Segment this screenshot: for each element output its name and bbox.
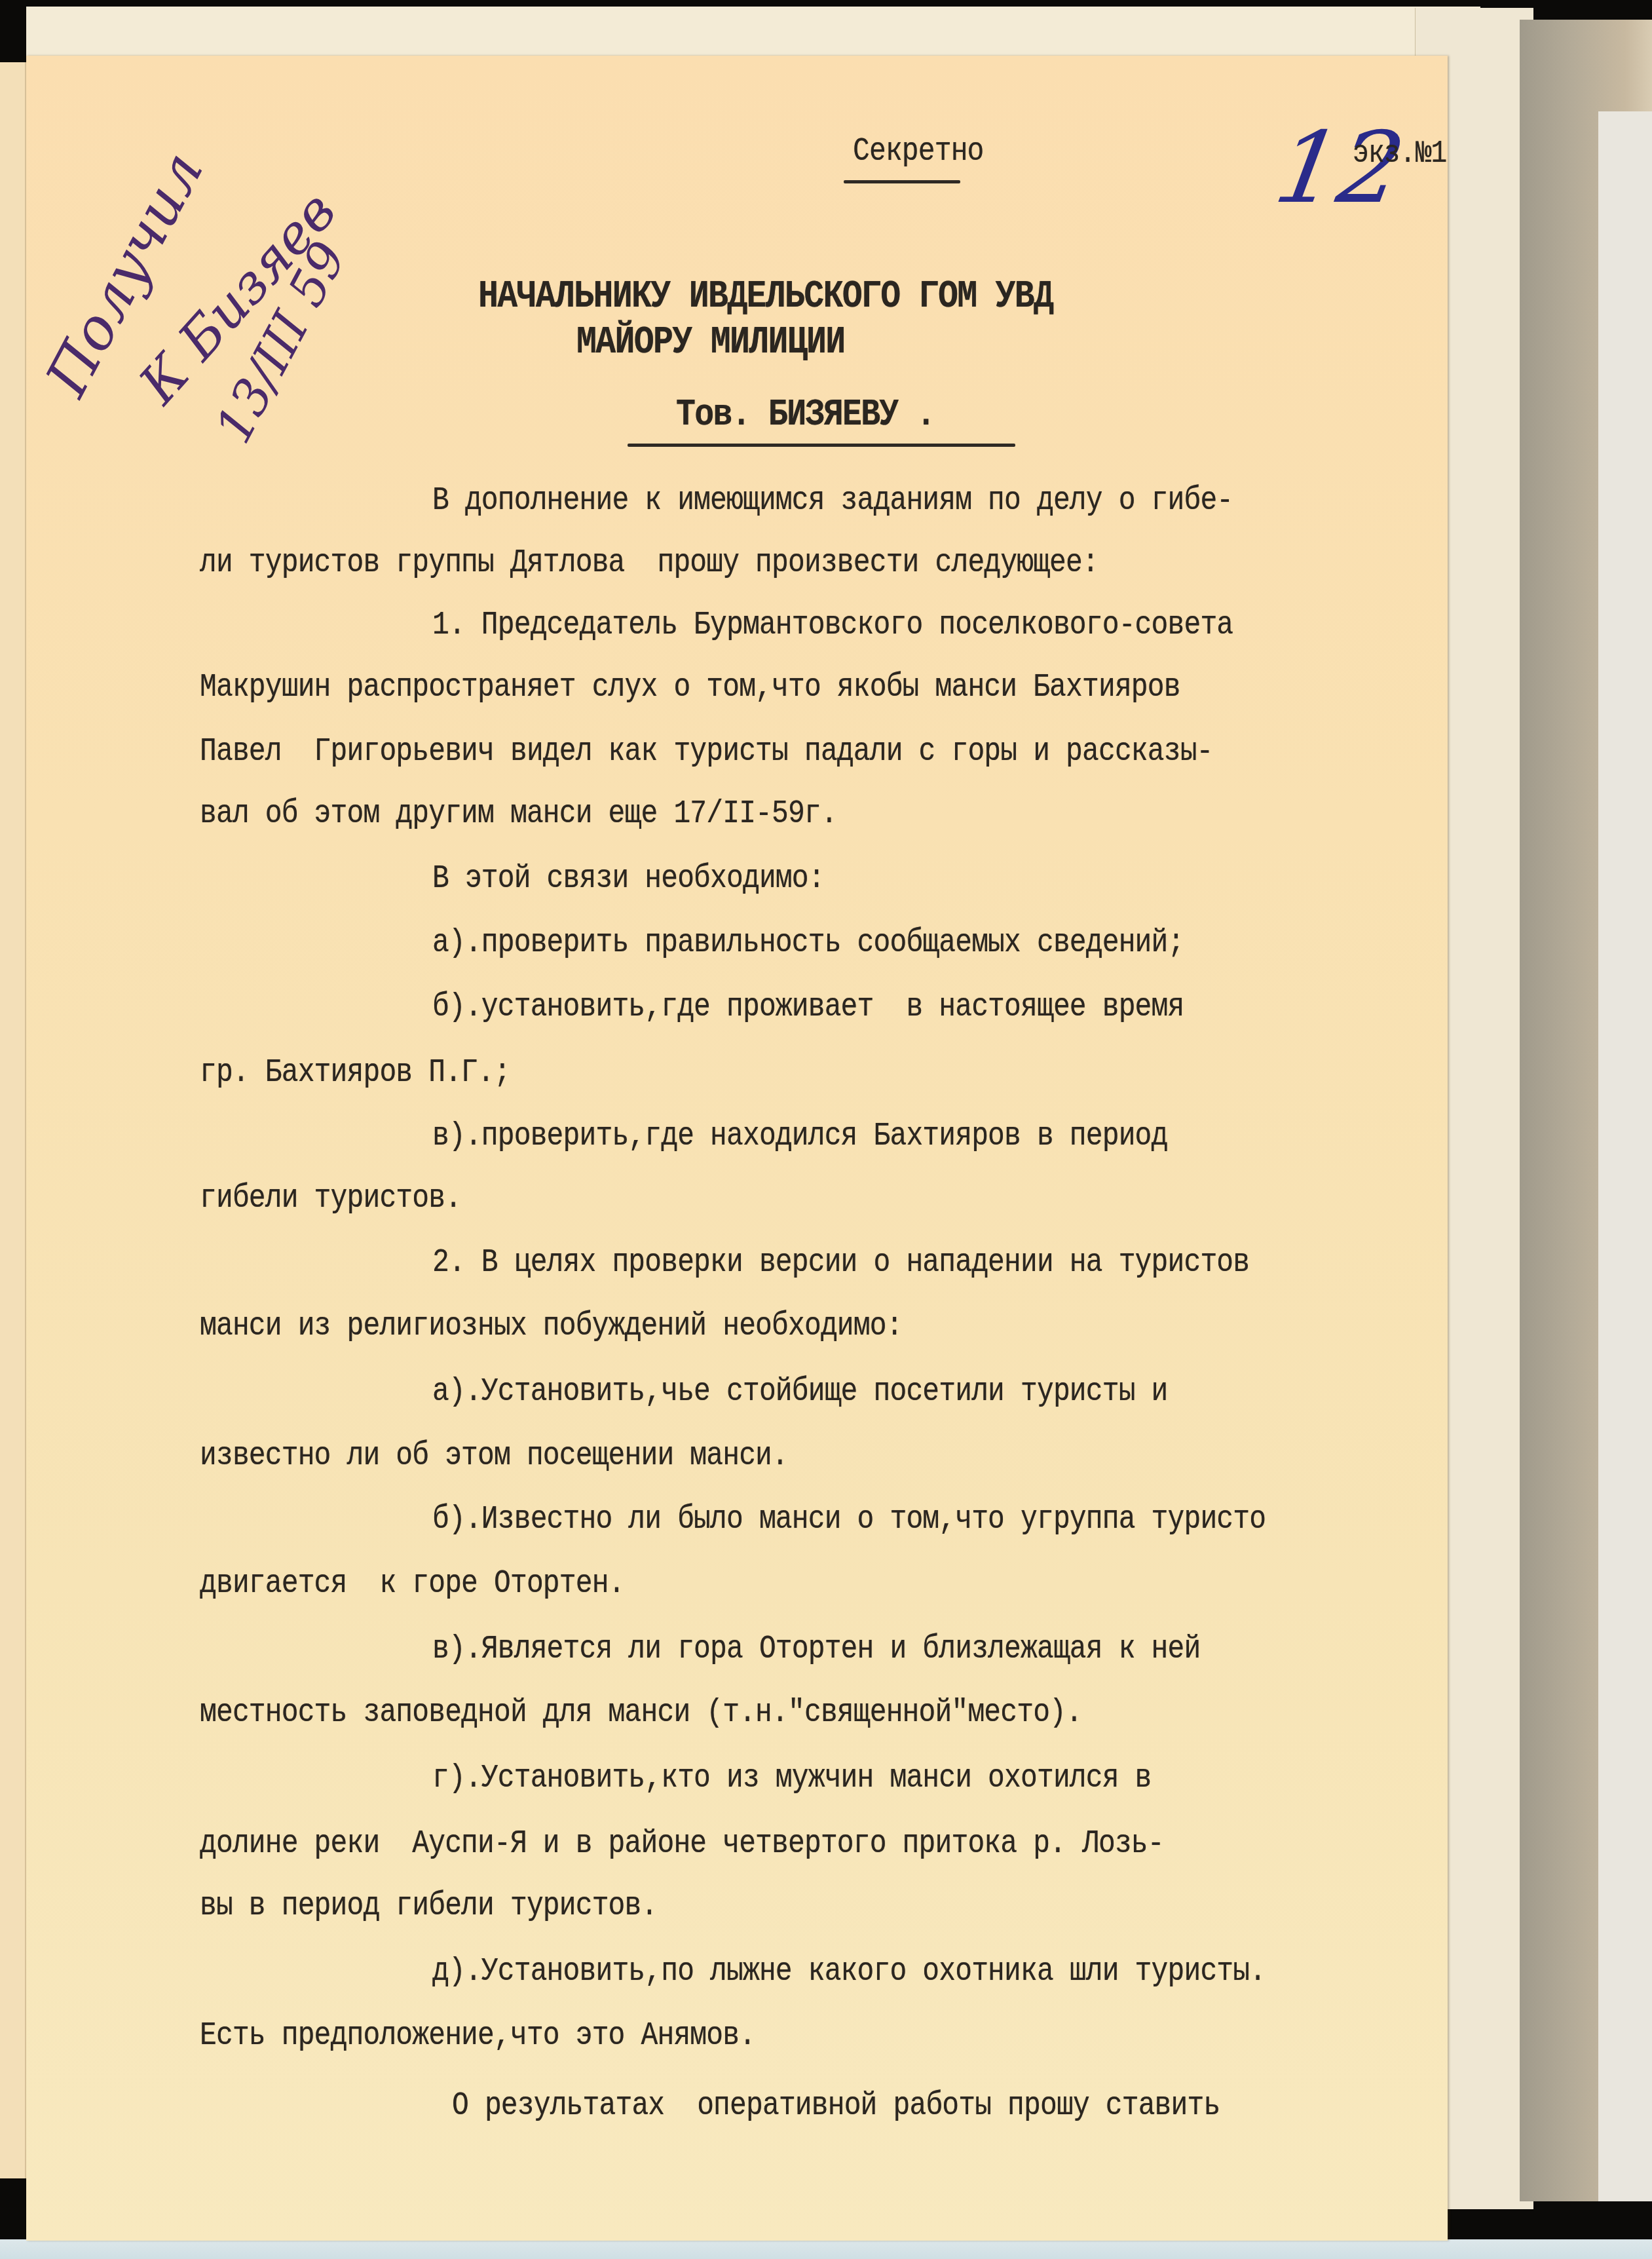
document-page: Секретно 12 экз.№1 Получил К Бизяев 13/I…	[26, 56, 1448, 2241]
body-line: известно ли об этом посещении манси.	[200, 1440, 788, 1473]
body-line: гр. Бахтияров П.Г.;	[200, 1057, 510, 1090]
body-line: в).проверить,где находился Бахтияров в п…	[432, 1120, 1168, 1153]
addressee-line-2: МАЙОРУ МИЛИЦИИ	[576, 323, 844, 362]
body-line: г).Установить,кто из мужчин манси охотил…	[432, 1762, 1152, 1795]
body-line: О результатах оперативной работы прошу с…	[452, 2090, 1220, 2123]
body-line: д).Установить,по лыжне какого охотника ш…	[432, 1956, 1266, 1988]
body-line: 2. В целях проверки версии о нападении н…	[432, 1247, 1249, 1280]
body-line: долине реки Ауспи-Я и в районе четвертог…	[200, 1828, 1164, 1861]
body-line: вы в период гибели туристов.	[200, 1890, 657, 1923]
body-line: вал об этом другим манси еще 17/II-59г.	[200, 798, 837, 831]
addressee-line-1: НАЧАЛЬНИКУ ИВДЕЛЬСКОГО ГОМ УВД	[478, 277, 1053, 316]
body-line: а).Установить,чье стойбище посетили тури…	[432, 1376, 1168, 1409]
body-line: б).Известно ли было манси о том,что угру…	[432, 1504, 1266, 1536]
body-line: гибели туристов.	[200, 1183, 461, 1215]
addressee-line-3: Тов. БИЗЯЕВУ .	[676, 396, 935, 434]
previous-page-edge	[0, 62, 27, 2178]
addressee-underline	[628, 444, 1015, 447]
body-line: ли туристов группы Дятлова прошу произве…	[200, 547, 1098, 580]
classification-label: Секретно	[853, 136, 984, 168]
body-line: двигается к горе Отортен.	[200, 1568, 625, 1601]
scan-bottom-strip	[0, 2239, 1652, 2259]
folder-inner-sheet	[1598, 111, 1652, 2201]
body-line: Макрушин распространяет слух о том,что я…	[200, 672, 1180, 704]
body-line: манси из религиозных побуждений необходи…	[200, 1310, 903, 1343]
copy-number: экз.№1	[1353, 138, 1446, 170]
body-line: местность заповедной для манси (т.н."свя…	[200, 1697, 1082, 1730]
body-line: В этой связи необходимо:	[432, 863, 825, 896]
classification-underline	[844, 180, 960, 183]
body-line: Есть предположение,что это Анямов.	[200, 2020, 755, 2053]
body-line: а).проверить правильность сообщаемых све…	[432, 927, 1184, 960]
body-line: Павел Григорьевич видел как туристы пада…	[200, 736, 1213, 769]
body-line: б).установить,где проживает в настоящее …	[432, 991, 1184, 1024]
body-line: В дополнение к имеющимся заданиям по дел…	[432, 485, 1233, 518]
body-line: 1. Председатель Бурмантовского поселково…	[432, 609, 1233, 642]
body-line: в).Является ли гора Отортен и близлежаща…	[432, 1633, 1200, 1666]
